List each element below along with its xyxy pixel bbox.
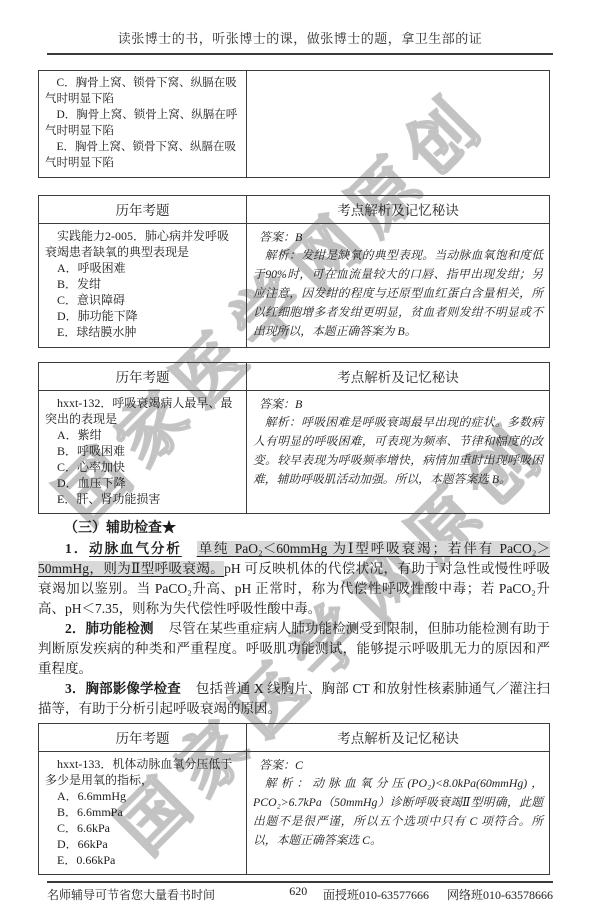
- footer-contacts: 面授班010-63577666网络班010-63578666: [305, 886, 553, 903]
- question-text: 实践能力2-005．肺心病并发呼吸衰竭患者缺氧的典型表现是: [45, 228, 240, 260]
- answer-text: 答案：B: [253, 395, 543, 413]
- question-cell: hxxt-132．呼吸衰竭病人最早、最突出的表现是 A．紫绀 B．呼吸困难 C．…: [39, 391, 247, 513]
- section-item-lung-function: 2．肺功能检测尽管在某些重症病人肺功能检测受到限制，但肺功能检测有助于判断原发疾…: [38, 619, 550, 679]
- page-content: 读张博士的书，听张博士的课，做张博士的题，拿卫生部的证 C．胸骨上窝、锁骨下窝、…: [0, 0, 600, 904]
- analysis-text: 解析：呼吸困难是呼吸衰竭最早出现的症状。多数病人有明显的呼吸困难，可表现为频率、…: [253, 413, 543, 489]
- item-number: 2．: [65, 621, 86, 636]
- item-number: 3．: [65, 681, 86, 696]
- empty-analysis-cell: [247, 71, 549, 177]
- exam-table: 历年考题 考点解析及记忆秘诀 hxxt-133．机体动脉血氧分压低于多少是用氧的…: [38, 723, 550, 875]
- item-title: 胸部影像学检查: [86, 681, 181, 696]
- option-line: B．呼吸困难: [45, 443, 240, 459]
- option-line: E．肝、肾功能损害: [45, 491, 240, 507]
- option-line: C．心率加快: [45, 459, 240, 475]
- analysis-cell: 答案：B 解析：发绀是缺氧的典型表现。当动脉血氧饱和度低于90%时，可在血流量较…: [247, 224, 549, 347]
- option-line: C．意识障碍: [45, 292, 240, 308]
- column-header-analysis: 考点解析及记忆秘诀: [247, 196, 549, 224]
- option-line: D．肺功能下降: [45, 308, 240, 324]
- document-page: { "header": { "slogan": "读张博士的书，听张博士的课，做…: [0, 0, 600, 912]
- header-slogan: 读张博士的书，听张博士的课，做张博士的题，拿卫生部的证: [47, 28, 553, 47]
- option-line: A．呼吸困难: [45, 260, 240, 276]
- section-auxiliary-exam: （三）辅助检查★ 1．动脉血气分析单纯 PaO₂＜60mmHg 为Ⅰ型呼吸衰竭；…: [38, 519, 550, 719]
- answer-text: 答案：C: [253, 756, 543, 774]
- option-line: A．6.6mmHg: [45, 788, 240, 804]
- option-line: B．6.6mmPa: [45, 804, 240, 820]
- column-header-questions: 历年考题: [39, 724, 247, 752]
- header: 读张博士的书，听张博士的课，做张博士的题，拿卫生部的证: [47, 28, 553, 55]
- item-title: 肺功能检测: [86, 621, 154, 636]
- analysis-text: 解析：动脉血氧分压(PO₂)<8.0kPa(60mmHg)，PCO₂>6.7kP…: [253, 774, 543, 850]
- section-heading: （三）辅助检查★: [38, 519, 550, 539]
- analysis-text: 解析：发绀是缺氧的典型表现。当动脉血氧饱和度低于90%时，可在血流量较大的口唇、…: [253, 246, 543, 341]
- answer-text: 答案：B: [253, 228, 543, 246]
- option-line: B．发绀: [45, 276, 240, 292]
- question-text: hxxt-132．呼吸衰竭病人最早、最突出的表现是: [45, 395, 240, 427]
- option-line: C．6.6kPa: [45, 820, 240, 836]
- question-cell: hxxt-133．机体动脉血氧分压低于多少是用氧的指标， A．6.6mmHg B…: [39, 752, 247, 874]
- option-line: E．0.66kPa: [45, 852, 240, 868]
- column-header-analysis: 考点解析及记忆秘诀: [247, 724, 549, 752]
- analysis-cell: 答案：B 解析：呼吸困难是呼吸衰竭最早出现的症状。多数病人有明显的呼吸困难，可表…: [247, 391, 549, 513]
- contact-online-class: 网络班010-63578666: [447, 888, 553, 902]
- contact-onsite-class: 面授班010-63577666: [323, 888, 429, 902]
- analysis-cell: 答案：C 解析：动脉血氧分压(PO₂)<8.0kPa(60mmHg)，PCO₂>…: [247, 752, 549, 874]
- exam-table: 历年考题 考点解析及记忆秘诀 hxxt-132．呼吸衰竭病人最早、最突出的表现是…: [38, 362, 550, 514]
- option-line: E．球结膜水肿: [45, 324, 240, 340]
- option-line: D．胸骨上窝、锁骨上窝、纵膈在呼气时明显下陷: [45, 107, 240, 139]
- option-line: D．66kPa: [45, 836, 240, 852]
- item-number: 1．: [65, 541, 89, 556]
- question-cell: 实践能力2-005．肺心病并发呼吸衰竭患者缺氧的典型表现是 A．呼吸困难 B．发…: [39, 224, 247, 347]
- section-item-chest-imaging: 3．胸部影像学检查包括普通 X 线胸片、胸部 CT 和放射性核素肺通气／灌注扫描…: [38, 679, 550, 719]
- column-header-questions: 历年考题: [39, 363, 247, 391]
- question-text: hxxt-133．机体动脉血氧分压低于多少是用氧的指标，: [45, 756, 240, 788]
- section-item-arterial-blood-gas: 1．动脉血气分析单纯 PaO₂＜60mmHg 为Ⅰ型呼吸衰竭；若伴有 PaCO₂…: [38, 539, 550, 619]
- option-line: D．血压下降: [45, 475, 240, 491]
- footer-slogan: 名师辅导可节省您大量看书时间: [47, 886, 215, 903]
- options-continuation-table: C．胸骨上窝、锁骨下窝、纵膈在吸气时明显下陷 D．胸骨上窝、锁骨上窝、纵膈在呼气…: [38, 70, 550, 178]
- option-line: C．胸骨上窝、锁骨下窝、纵膈在吸气时明显下陷: [45, 75, 240, 107]
- footer: 名师辅导可节省您大量看书时间 620 面授班010-63577666网络班010…: [47, 881, 553, 904]
- option-line: A．紫绀: [45, 427, 240, 443]
- column-header-questions: 历年考题: [39, 196, 247, 224]
- option-line: E．胸骨上窝、锁骨下窝、纵膈在吸气时明显下陷: [45, 139, 240, 171]
- item-title: 动脉血气分析: [89, 541, 182, 556]
- column-header-analysis: 考点解析及记忆秘诀: [247, 363, 549, 391]
- exam-table: 历年考题 考点解析及记忆秘诀 实践能力2-005．肺心病并发呼吸衰竭患者缺氧的典…: [38, 195, 550, 348]
- question-options-cell: C．胸骨上窝、锁骨下窝、纵膈在吸气时明显下陷 D．胸骨上窝、锁骨上窝、纵膈在呼气…: [39, 71, 247, 177]
